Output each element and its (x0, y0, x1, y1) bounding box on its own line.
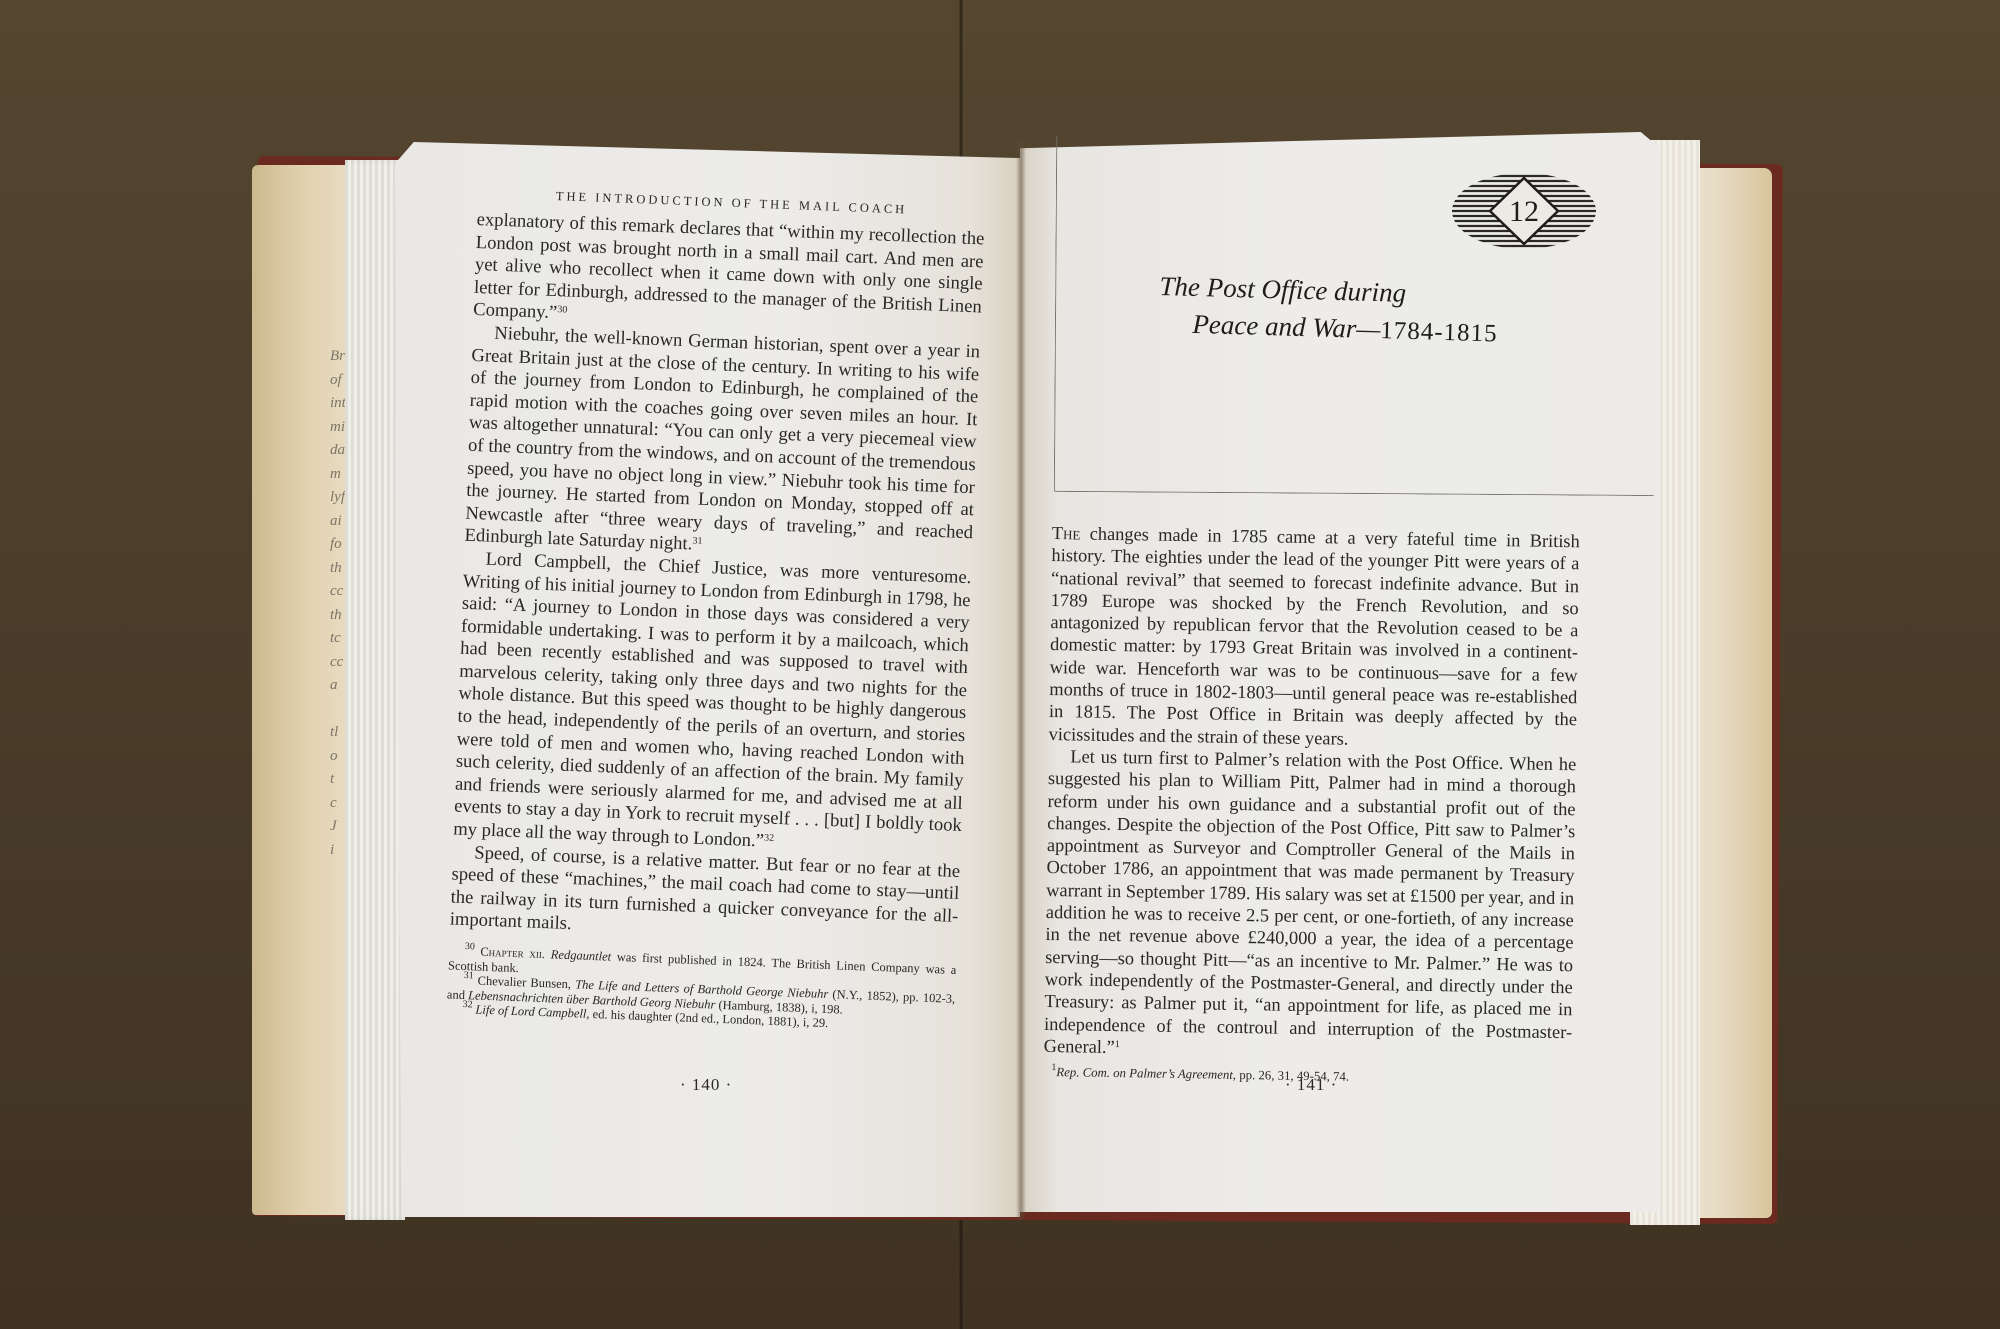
chapter-number-badge: 12 (1450, 170, 1598, 252)
footnote-ref: 32 (764, 832, 774, 843)
paragraph: Let us turn first to Palmer’s relation w… (1044, 745, 1577, 1065)
paragraph: Lord Campbell, the Chief Justice, was mo… (453, 548, 972, 861)
paragraph: explanatory of this remark declares that… (473, 209, 985, 341)
paragraph: Speed, of course, is a relative matter. … (449, 841, 960, 951)
book-gutter (1016, 140, 1026, 1220)
footnote-ref: 31 (692, 536, 702, 547)
page-number-left: · 140 · (680, 1075, 732, 1095)
paragraph: The changes made in 1785 came at a very … (1048, 522, 1579, 753)
left-page-body: explanatory of this remark declares that… (449, 209, 984, 951)
chapter-title: The Post Office during Peace and War—178… (1158, 268, 1580, 355)
right-page-content: The changes made in 1785 came at a very … (1043, 522, 1580, 1088)
right-page-body: The changes made in 1785 came at a very … (1044, 522, 1580, 1065)
footnote-ref: 30 (557, 305, 567, 316)
paragraph: Niebuhr, the well-known German historian… (464, 322, 980, 567)
chapter-number: 12 (1509, 195, 1539, 228)
footnote-ref: 1 (1115, 1039, 1120, 1050)
left-page-content: The Introduction of the Mail Coach expla… (446, 186, 986, 1035)
page-number-right: · 141 · (1285, 1075, 1337, 1095)
